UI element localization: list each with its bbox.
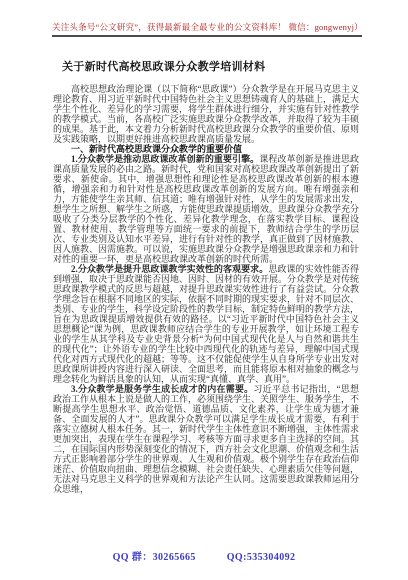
- qq-group-number: QQ 群：30265665: [113, 552, 196, 563]
- page-footer: QQ 群：30265665 QQ:535304092: [0, 548, 408, 563]
- page-header: 关注头条号“公文研究”，获得最新最全最专业的公文资料库！ 微信：gongweny…: [52, 22, 362, 37]
- paragraph-1-text: 课程改革创新是推进思政课高质量发展的必由之路。新时代，党和国家对高校思政课改革创…: [53, 154, 359, 264]
- paragraph-1: 1.分众教学是推动思政课改革创新的重要引擎。课程改革创新是推进思政课高质量发展的…: [53, 154, 359, 264]
- document-page: 关注头条号“公文研究”，获得最新最全最专业的公文资料库！ 微信：gongweny…: [0, 0, 408, 580]
- paragraph-3-lead: 3.分众教学是服务学生成长成才的内在需要。: [71, 384, 253, 394]
- section-heading: 一、新时代高校思政课分众教学的重要价值: [53, 144, 359, 154]
- document-body: 高校思想政治理论课（以下简称“思政课”）分众教学是在开展马克思主义理论教育、用习…: [53, 84, 359, 494]
- qq-number: QQ:535304092: [227, 552, 296, 563]
- paragraph-2-lead: 2.分众教学是提升思政课教学实效性的客观要求。: [71, 264, 268, 274]
- document-title: 关于新时代高校思政课分众教学培训材料: [62, 58, 265, 74]
- header-notice-text: 关注头条号“公文研究”，获得最新最全最专业的公文资料库！ 微信：gongweny…: [52, 22, 362, 33]
- paragraph-2: 2.分众教学是提升思政课教学实效性的客观要求。思政课的实效性能否得到增强，取决于…: [53, 264, 359, 384]
- paragraph-3: 3.分众教学是服务学生成长成才的内在需要。习近平总书记指出，“思想政治工作从根本…: [53, 384, 359, 494]
- paragraph-2-text: 思政课的实效性能否得到增强，取决于思政课能否因地、因时、因材的有效开展。分众教学…: [53, 264, 359, 384]
- intro-paragraph: 高校思想政治理论课（以下简称“思政课”）分众教学是在开展马克思主义理论教育、用习…: [53, 84, 359, 144]
- paragraph-3-text: 习近平总书记指出，“思想政治工作从根本上说是做人的工作，必须围绕学生、关照学生、…: [53, 384, 359, 494]
- paragraph-1-lead: 1.分众教学是推动思政课改革创新的重要引擎。: [71, 154, 259, 164]
